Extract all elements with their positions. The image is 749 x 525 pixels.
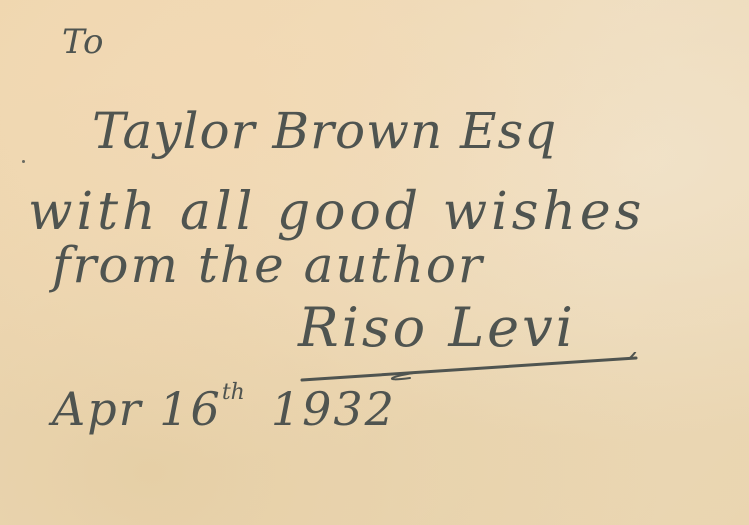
- wishes-line: with all good wishes: [28, 182, 645, 242]
- from-line: from the author: [52, 236, 484, 294]
- date-year: 1932: [271, 382, 396, 436]
- inscription-date: Apr 16th1932: [52, 380, 396, 436]
- salutation: To: [62, 22, 105, 62]
- author-signature: Riso Levi: [298, 296, 576, 359]
- ink-speck: [22, 160, 25, 163]
- recipient-name: Taylor Brown Esq: [92, 102, 557, 160]
- inscription-page: To Taylor Brown Esq with all good wishes…: [0, 0, 749, 525]
- date-month-day: Apr 16: [52, 382, 222, 436]
- date-ordinal: th: [222, 380, 245, 405]
